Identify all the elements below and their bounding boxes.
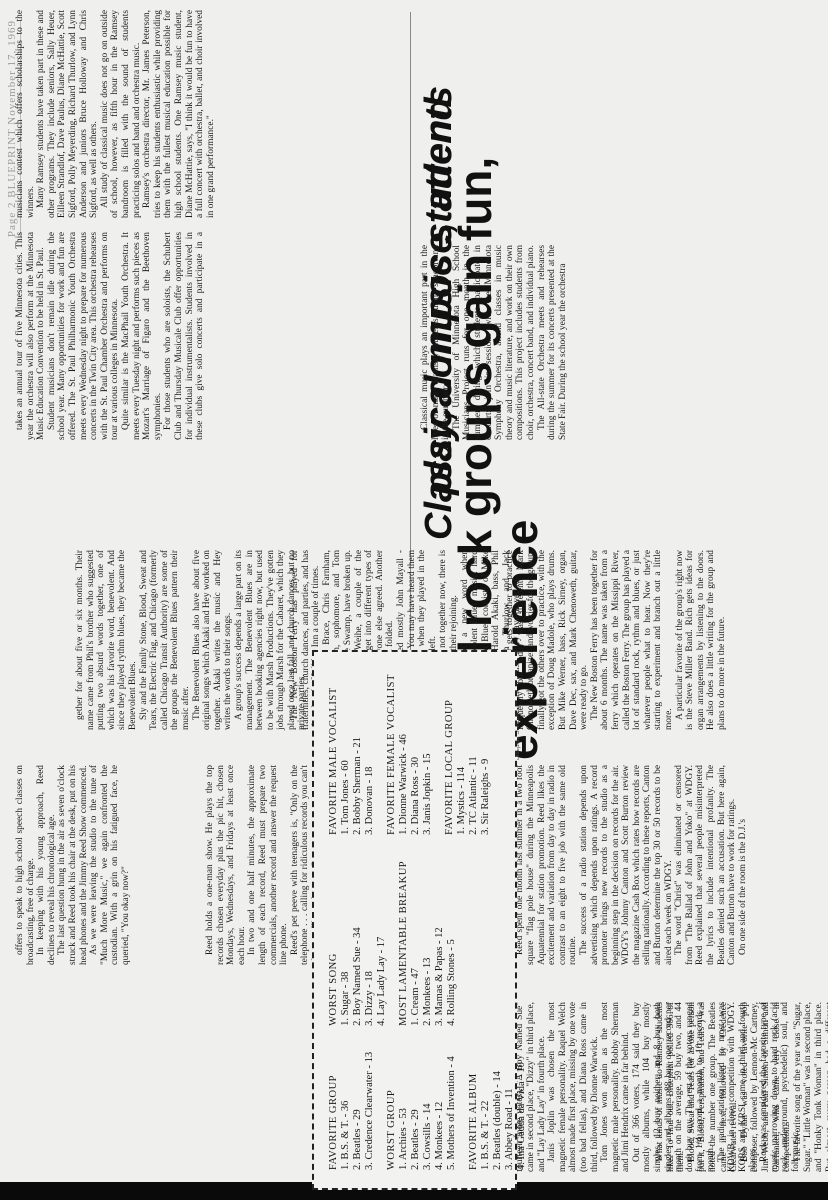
paragraph: Out of 366 voters, 174 said they buy mos…: [632, 1002, 717, 1172]
poll-result-item: 2. Diana Ross - 30: [410, 674, 422, 835]
paragraph: In keeping with his young approach, Reed…: [36, 765, 57, 965]
poll-result-item: 1. Sugar - 38: [340, 861, 352, 1026]
poll-results-column: FAVORITE GROUP1. B.S. & T. - 362. Beatle…: [328, 1052, 501, 1170]
poll-category: FAVORITE LOCAL GROUP1. Mystics - 1142. T…: [444, 674, 492, 835]
paragraph: A particular favorite of the group's rig…: [675, 550, 728, 730]
poll-result-item: 1. B.S. & T. - 22: [480, 1052, 492, 1170]
paragraph: offers to speak to high school speech cl…: [15, 765, 36, 965]
poll-result-item: 3. Abbey Road - 11: [504, 1052, 516, 1170]
poll-result-item: 2. Beatles - 29: [352, 1052, 364, 1170]
radio-article-col-3: offers to speak to high school speech cl…: [15, 765, 132, 965]
poll-category-title: FAVORITE FEMALE VOCALIST: [386, 674, 398, 835]
poll-result-item: 4. Monkees - 12: [434, 1052, 446, 1170]
paragraph: All study of classical music does not go…: [100, 10, 142, 218]
paragraph: Janis Joplin was chosen the most magneti…: [547, 1002, 600, 1172]
poll-result-item: 1. Archies - 53: [398, 1052, 410, 1170]
classical-article-col-2: takes an annual tour of five Minnesota c…: [15, 10, 216, 440]
paragraph: Quite similar is the MacPhail Youth Orch…: [121, 232, 163, 440]
poll-category: FAVORITE FEMALE VOCALIST1. Dionne Warwic…: [386, 674, 434, 835]
poll-result-item: 1. Cream - 47: [410, 861, 422, 1026]
poll-result-item: 3. Mamas & Papas - 12: [434, 861, 446, 1026]
poll-category: FAVORITE ALBUM1. B.S. & T. - 222. Beatle…: [468, 1052, 528, 1170]
paragraph: Tom Jones won again as the most magnetic…: [600, 1002, 632, 1172]
poll-category: WORST GROUP1. Archies - 532. Beatles - 2…: [386, 1052, 458, 1170]
rock-article-col-3: gether for about five or six months. The…: [75, 550, 308, 730]
poll-category: MOST LAMENTABLE BREAKUP1. Cream - 472. M…: [398, 861, 458, 1026]
poll-result-item: 3. Credence Clearwater - 13: [364, 1052, 376, 1170]
paragraph: As we were leaving the studio to the tun…: [89, 765, 131, 965]
poll-result-item: 3. Cowsills - 14: [422, 1052, 434, 1170]
poll-results-box: FAVORITE GROUP1. B.S. & T. - 362. Beatle…: [312, 650, 517, 1190]
poll-result-item: 2. Boy Named Sue - 34: [352, 861, 364, 1026]
poll-result-item: 2. Monkees - 13: [422, 861, 434, 1026]
paragraph: Many Ramsey students have taken part in …: [36, 10, 100, 218]
paragraph: On one side of the room is the D.J.'s: [738, 765, 749, 965]
poll-result-item: 3. Dizzy - 18: [364, 861, 376, 1026]
poll-category: FAVORITE MALE VOCALIST1. Tom Jones - 602…: [328, 674, 376, 835]
poll-results-column: WORST SONG1. Sugar - 382. Boy Named Sue …: [328, 861, 501, 1026]
paragraph: Reed spent one month last summer in a tw…: [515, 765, 579, 965]
poll-category: FAVORITE GROUP1. B.S. & T. - 362. Beatle…: [328, 1052, 376, 1170]
paragraph: A group's success depends a large part o…: [234, 550, 308, 730]
poll-result-item: 3. Janis Jopkin - 15: [422, 674, 434, 835]
paragraph: gether for about five or six months. The…: [75, 550, 139, 730]
poll-result-item: 1. Dionne Warwick - 46: [398, 674, 410, 835]
rock-article-col-1: New Boston Ferry gets together to practi…: [505, 550, 727, 730]
paragraph: The New Boston Ferry has been together f…: [590, 550, 675, 730]
paragraph: takes an annual tour of five Minnesota c…: [15, 232, 47, 440]
poll-result-item: 3. Sir Raleighs - 9: [480, 674, 492, 835]
paragraph: The University of Minnesota High School …: [452, 245, 537, 440]
poll-result-item: 2. Beatles - 29: [410, 1052, 422, 1170]
paragraph: Rock was considered the favorite type of…: [759, 1002, 801, 1172]
paragraph: The word "Christ" was eliminated or cens…: [674, 765, 738, 965]
poll-result-item: 2. TC Atlantic - 11: [468, 674, 480, 835]
poll-category: WORST SONG1. Sugar - 382. Boy Named Sue …: [328, 861, 388, 1026]
paragraph: The radio station listed to most was KDW…: [717, 1002, 759, 1172]
classical-article-col-1: Classical music plays an important part …: [420, 245, 568, 440]
poll-result-item: 3. Donovan - 18: [364, 674, 376, 835]
poll-category-title: FAVORITE GROUP: [328, 1052, 340, 1170]
poll-result-item: 2. Bobby Sherman - 21: [352, 674, 364, 835]
poll-result-item: 2. Beatles (double) - 14: [492, 1052, 504, 1170]
poll-result-item: 1. B.S. & T. - 36: [340, 1052, 352, 1170]
poll-result-item: 4. Rolling Stones - 5: [446, 861, 458, 1026]
poll-category-title: MOST LAMENTABLE BREAKUP: [398, 861, 410, 1026]
poll-results-column: FAVORITE MALE VOCALIST1. Tom Jones - 602…: [328, 674, 501, 835]
paragraph: The Benevolent Blues also have about fiv…: [192, 550, 234, 730]
poll-category-title: WORST SONG: [328, 861, 340, 1026]
paragraph: Sly and the Family Stone, Blood, Sweat a…: [139, 550, 192, 730]
paragraph: Classical music plays an important part …: [420, 245, 452, 440]
paragraph: The success of a radio station depends u…: [579, 765, 674, 965]
paragraph: Reed holds a one-man show. He plays the …: [205, 765, 247, 965]
poll-category-title: FAVORITE MALE VOCALIST: [328, 674, 340, 835]
paragraph: The last question hung in the air as sev…: [57, 765, 89, 965]
paragraph: The All-state Orchestra meets and rehear…: [537, 245, 569, 440]
poll-result-item: 5. Mothers of Invention - 4: [446, 1052, 458, 1170]
poll-category-title: FAVORITE ALBUM: [468, 1052, 480, 1170]
paragraph: Student musicians don't remain idle duri…: [47, 232, 121, 440]
poll-result-item: 1. Tom Jones - 60: [340, 674, 352, 835]
poll-result-item: 4. Ina Gadda da Vida - 10: [516, 1052, 528, 1170]
poll-category-title: FAVORITE LOCAL GROUP: [444, 674, 456, 835]
poll-category-title: WORST GROUP: [386, 1052, 398, 1170]
paragraph: In two and one half minutes, the approxi…: [247, 765, 289, 965]
poll-result-item: 4. Lay Lady Lay - 17: [376, 861, 388, 1026]
poll-result-item: 1. Mystics - 114: [456, 674, 468, 835]
paragraph: Ramsey's orchestra director, Mr. James P…: [142, 10, 216, 218]
